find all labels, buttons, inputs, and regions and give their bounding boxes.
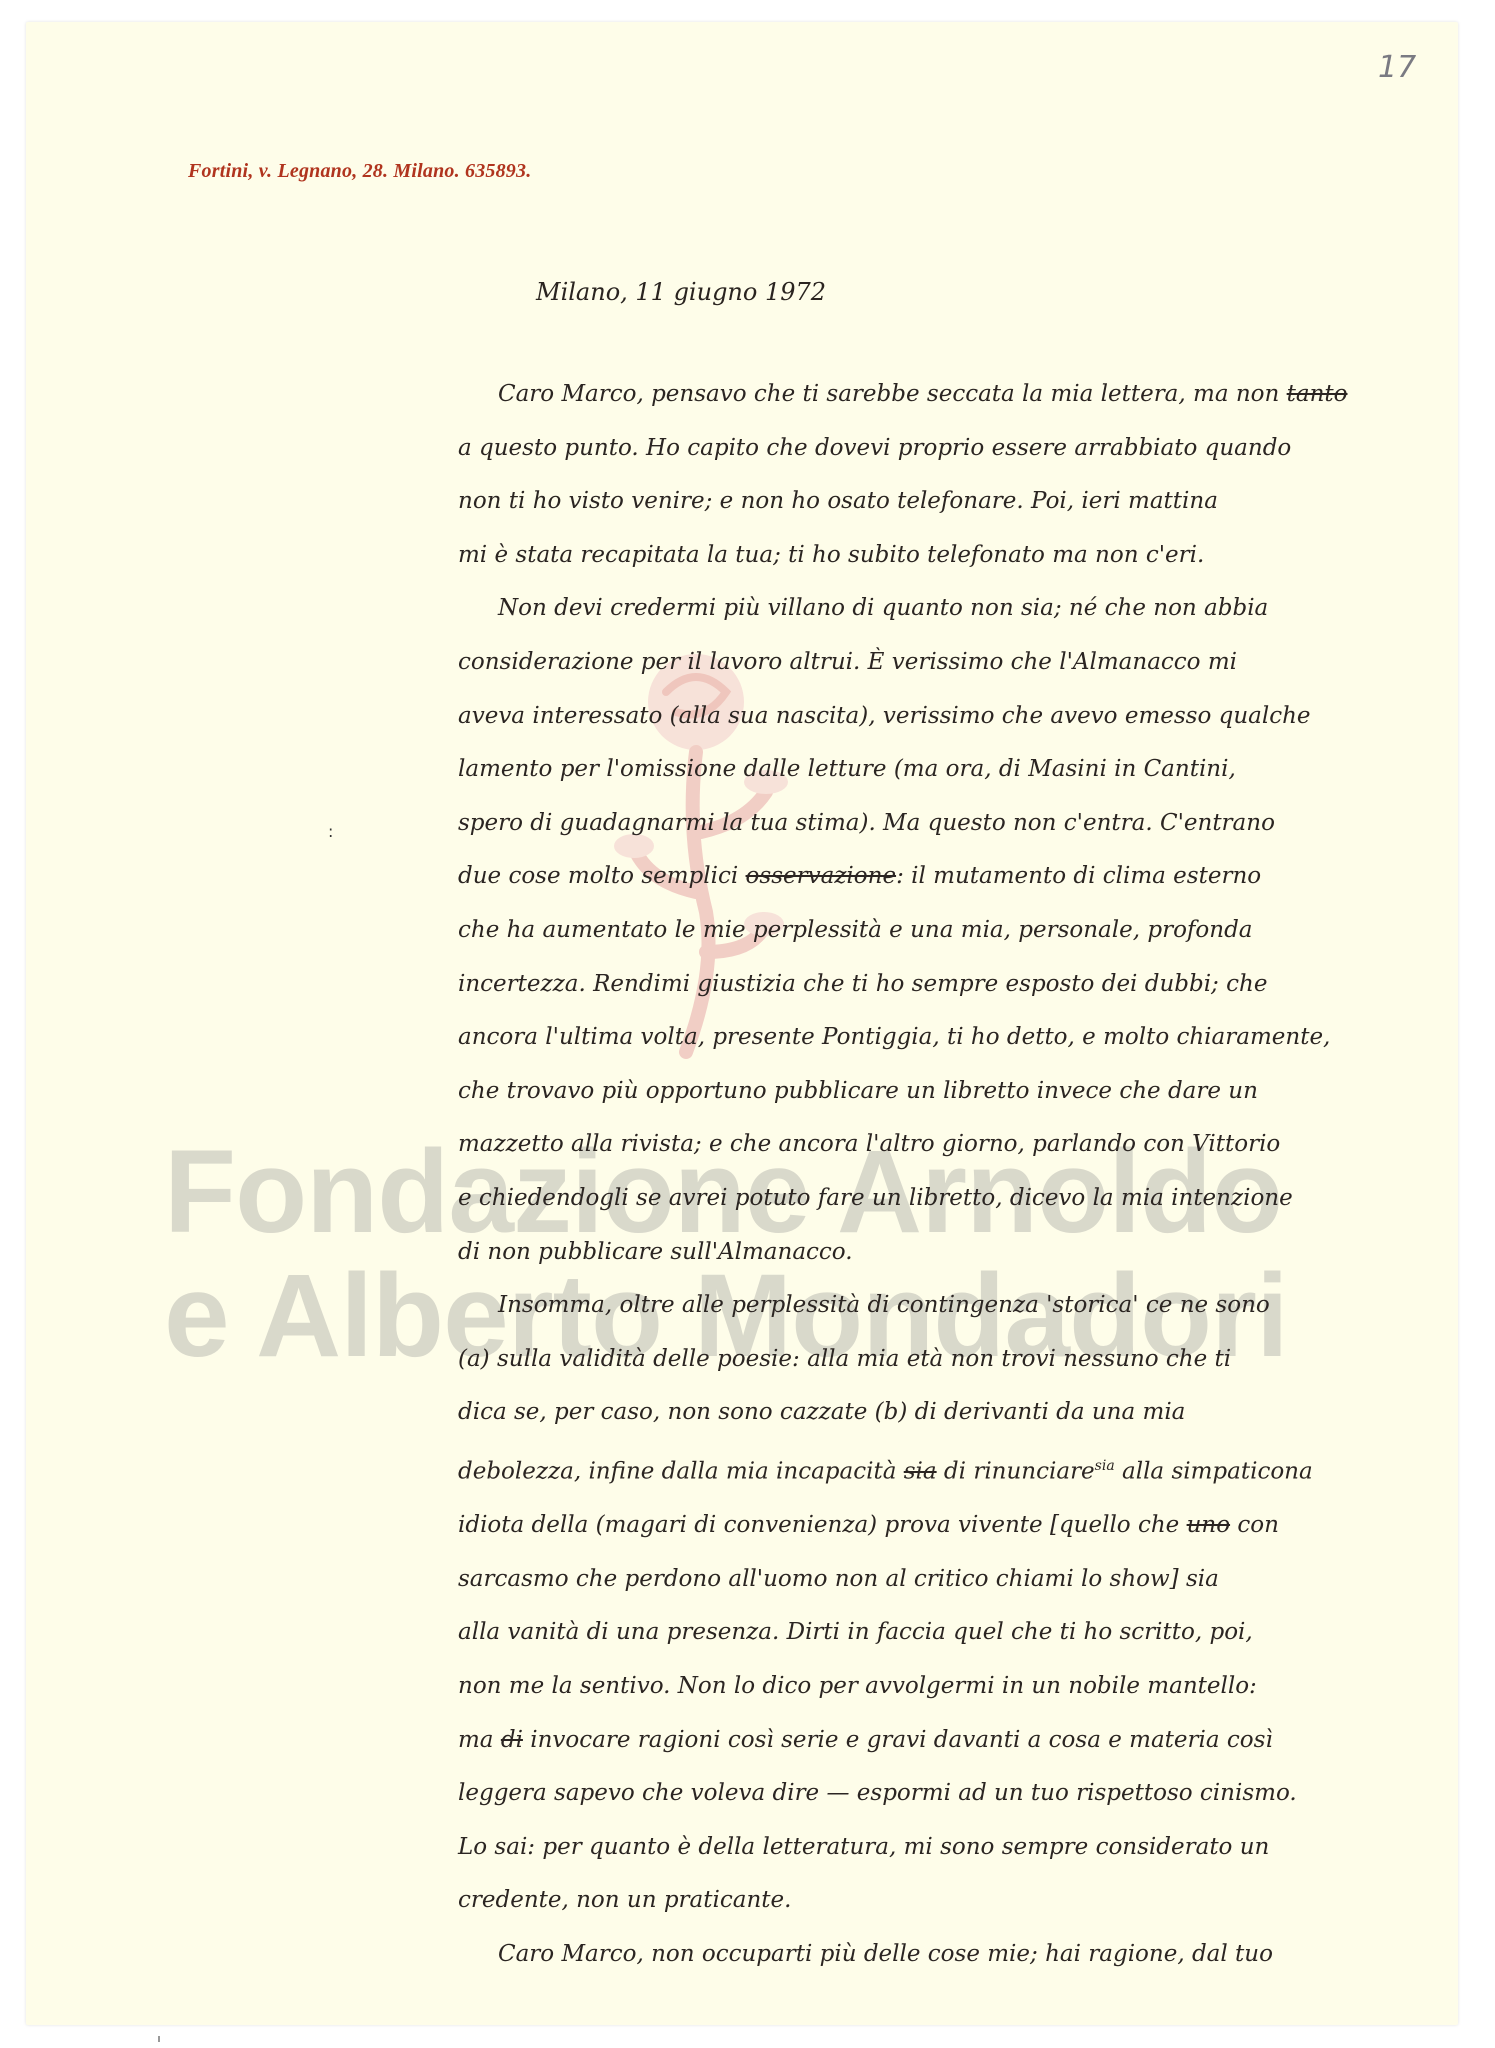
letter-line: incertezza. Rendimi giustizia che ti ho … xyxy=(458,958,1338,1012)
struck-word: tanto xyxy=(1287,381,1348,407)
line-text: aveva interessato (alla sua nascita), ve… xyxy=(458,703,1311,729)
line-text: Insomma, oltre alle perplessità di conti… xyxy=(498,1292,1270,1318)
letter-line: ancora l'ultima volta, presente Pontiggi… xyxy=(458,1011,1338,1065)
line-text: alla vanità di una presenza. Dirti in fa… xyxy=(458,1619,1253,1645)
line-text: Caro Marco, pensavo che ti sarebbe secca… xyxy=(498,381,1279,407)
line-text: mazzetto alla rivista; e che ancora l'al… xyxy=(458,1131,1280,1157)
letter-line: sarcasmo che perdono all'uomo non al cri… xyxy=(458,1553,1338,1607)
scan-artifact xyxy=(158,2036,160,2042)
line-text: dica se, per caso, non sono cazzate (b) … xyxy=(458,1399,1185,1425)
letter-line: non ti ho visto venire; e non ho osato t… xyxy=(458,475,1338,529)
letter-line: Lo sai: per quanto è della letteratura, … xyxy=(458,1821,1338,1875)
line-text-continued: alla simpaticona xyxy=(1115,1459,1313,1485)
line-text: Lo sai: per quanto è della letteratura, … xyxy=(458,1834,1269,1860)
letter-line: alla vanità di una presenza. Dirti in fa… xyxy=(458,1606,1338,1660)
line-text: sarcasmo che perdono all'uomo non al cri… xyxy=(458,1566,1219,1592)
line-text: (a) sulla validità delle poesie: alla mi… xyxy=(458,1346,1231,1372)
letter-line: due cose molto semplici osservazione: il… xyxy=(458,850,1338,904)
letter-line: non me la sentivo. Non lo dico per avvol… xyxy=(458,1660,1338,1714)
line-text: non me la sentivo. Non lo dico per avvol… xyxy=(458,1673,1257,1699)
interlinear-insertion: sia xyxy=(1095,1458,1115,1474)
letter-line: idiota della (magari di convenienza) pro… xyxy=(458,1499,1338,1553)
line-text: di non pubblicare sull'Almanacco. xyxy=(458,1239,853,1265)
letter-line: credente, non un praticante. xyxy=(458,1874,1338,1928)
line-text-continued: di rinunciare xyxy=(937,1459,1095,1485)
line-text: Non devi credermi più villano di quanto … xyxy=(498,595,1268,621)
line-text: a questo punto. Ho capito che dovevi pro… xyxy=(458,435,1291,461)
line-text-continued: : il mutamento di clima esterno xyxy=(896,863,1261,889)
line-text: incertezza. Rendimi giustizia che ti ho … xyxy=(458,971,1267,997)
line-text: spero di guadagnarmi la tua stima). Ma q… xyxy=(458,810,1275,836)
letter-line: a questo punto. Ho capito che dovevi pro… xyxy=(458,422,1338,476)
struck-word: sia xyxy=(904,1459,937,1485)
line-text: mi è stata recapitata la tua; ti ho subi… xyxy=(458,542,1204,568)
dateline: Milano, 11 giugno 1972 xyxy=(536,278,826,306)
letter-line: mazzetto alla rivista; e che ancora l'al… xyxy=(458,1118,1338,1172)
letter-line: considerazione per il lavoro altrui. È v… xyxy=(458,636,1338,690)
letter-line: leggera sapevo che voleva dire — espormi… xyxy=(458,1767,1338,1821)
letter-line: Insomma, oltre alle perplessità di conti… xyxy=(458,1279,1338,1333)
letter-line: (a) sulla validità delle poesie: alla mi… xyxy=(458,1333,1338,1387)
letterhead: Fortini, v. Legnano, 28. Milano. 635893. xyxy=(188,160,531,183)
struck-word: osservazione xyxy=(746,863,897,889)
struck-word: di xyxy=(501,1727,523,1753)
letter-line: dica se, per caso, non sono cazzate (b) … xyxy=(458,1386,1338,1440)
letter-line: e chiedendogli se avrei potuto fare un l… xyxy=(458,1172,1338,1226)
line-text-continued: con xyxy=(1230,1512,1279,1538)
line-text: ma xyxy=(458,1727,494,1753)
letter-line: che ha aumentato le mie perplessità e un… xyxy=(458,904,1338,958)
line-text: credente, non un praticante. xyxy=(458,1887,791,1913)
letter-line: di non pubblicare sull'Almanacco. xyxy=(458,1226,1338,1280)
letter-line: lamento per l'omissione dalle letture (m… xyxy=(458,743,1338,797)
line-text: che ha aumentato le mie perplessità e un… xyxy=(458,917,1253,943)
line-text: e chiedendogli se avrei potuto fare un l… xyxy=(458,1185,1293,1211)
line-text: che trovavo più opportuno pubblicare un … xyxy=(458,1078,1258,1104)
letter-line: Caro Marco, non occuparti più delle cose… xyxy=(458,1928,1338,1982)
letter-line: debolezza, infine dalla mia incapacità s… xyxy=(458,1440,1338,1499)
line-text: idiota della (magari di convenienza) pro… xyxy=(458,1512,1179,1538)
letter-body: Caro Marco, pensavo che ti sarebbe secca… xyxy=(458,368,1338,1981)
letter-line: Non devi credermi più villano di quanto … xyxy=(458,582,1338,636)
line-text: debolezza, infine dalla mia incapacità xyxy=(458,1459,896,1485)
line-text: due cose molto semplici xyxy=(458,863,738,889)
letter-line: ma di invocare ragioni così serie e grav… xyxy=(458,1714,1338,1768)
line-text-continued: invocare ragioni così serie e gravi dava… xyxy=(523,1727,1273,1753)
letter-line: aveva interessato (alla sua nascita), ve… xyxy=(458,690,1338,744)
line-text: leggera sapevo che voleva dire — espormi… xyxy=(458,1780,1297,1806)
letter-line: Caro Marco, pensavo che ti sarebbe secca… xyxy=(458,368,1338,422)
line-text: Caro Marco, non occuparti più delle cose… xyxy=(498,1941,1273,1967)
letter-line: spero di guadagnarmi la tua stima). Ma q… xyxy=(458,797,1338,851)
line-text: non ti ho visto venire; e non ho osato t… xyxy=(458,488,1218,514)
line-text: ancora l'ultima volta, presente Pontiggi… xyxy=(458,1024,1330,1050)
struck-word: uno xyxy=(1187,1512,1230,1538)
page-number: 17 xyxy=(1378,50,1416,85)
line-text: lamento per l'omissione dalle letture (m… xyxy=(458,756,1236,782)
letter-line: che trovavo più opportuno pubblicare un … xyxy=(458,1065,1338,1119)
line-text: considerazione per il lavoro altrui. È v… xyxy=(458,649,1237,675)
letter-line: mi è stata recapitata la tua; ti ho subi… xyxy=(458,529,1338,583)
margin-ink-mark: : xyxy=(328,828,332,842)
